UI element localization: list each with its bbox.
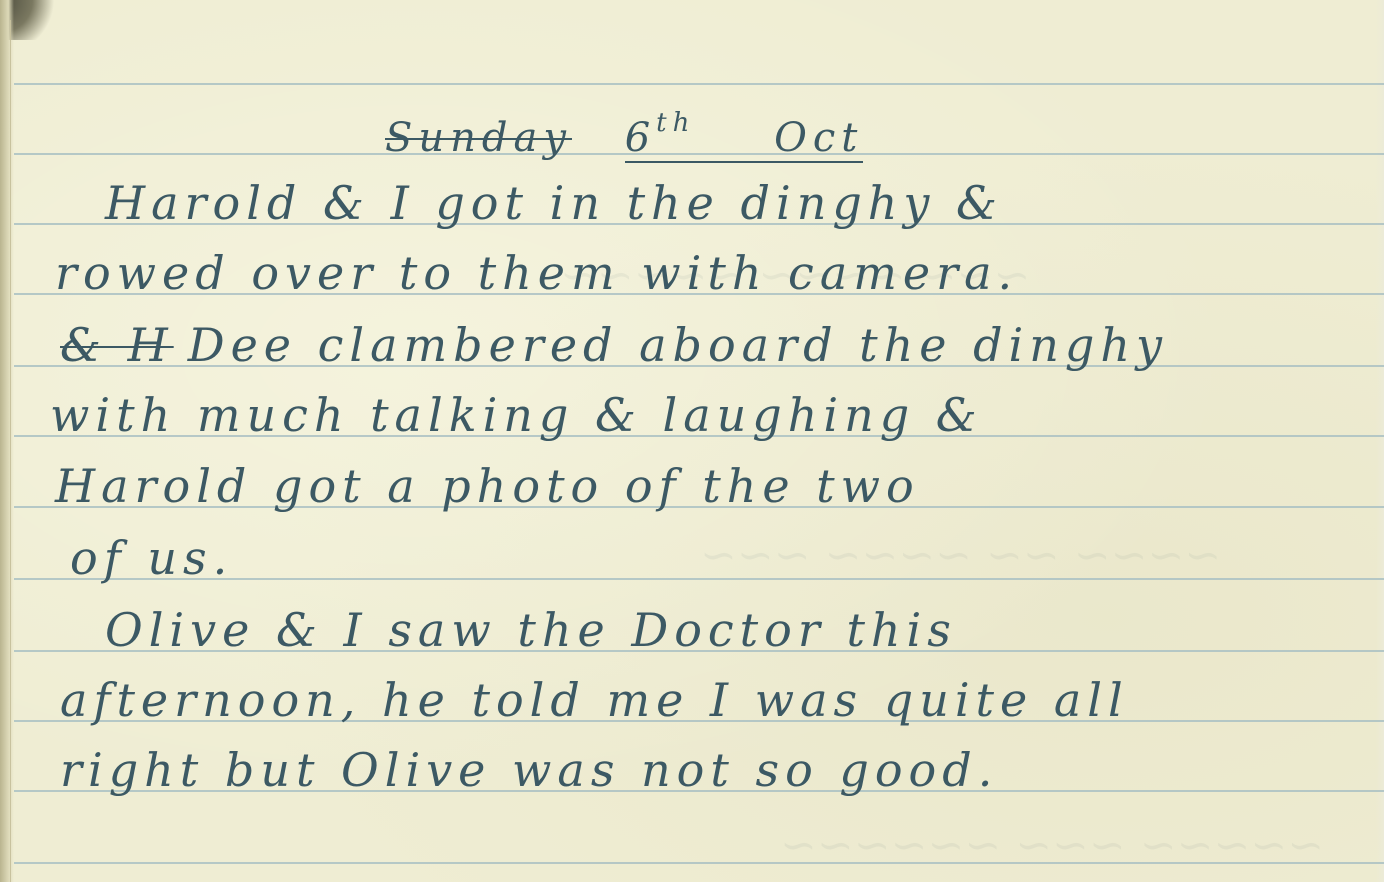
entry-line: rowed over to them with camera. <box>55 250 1018 296</box>
date-month: Oct <box>774 115 863 161</box>
page-right-edge <box>1376 0 1384 882</box>
entry-line: of us. <box>70 535 233 581</box>
page-margin-line <box>10 20 11 882</box>
entry-date-heading: Sunday 6th Oct <box>385 110 863 158</box>
entry-line: afternoon, he told me I was quite all <box>60 677 1129 723</box>
entry-line: with much talking & laughing & <box>50 392 983 438</box>
entry-line: Harold & I got in the dinghy & <box>105 180 1003 226</box>
entry-line-text: Dee clambered aboard the dinghy <box>188 318 1168 372</box>
date-value: 6th Oct <box>625 115 864 163</box>
entry-line: right but Olive was not so good. <box>60 747 998 793</box>
entry-line: Olive & I saw the Doctor this <box>105 607 957 653</box>
date-day: 6 <box>625 115 656 161</box>
page-binding-edge <box>0 0 14 882</box>
entry-line: & HDee clambered aboard the dinghy <box>60 322 1168 368</box>
ruled-line <box>14 83 1384 85</box>
bleed-through-text: ~~~~ ~~ ~~~~ ~~~ <box>700 530 1221 581</box>
entry-line: Harold got a photo of the two <box>55 463 920 509</box>
struck-text: & H <box>60 318 174 372</box>
date-suffix: th <box>656 108 695 138</box>
diary-page: ~~~ ~~~~ ~~~~~ ~~~~ ~~ ~~~~ ~~~ ~~~~~ ~~… <box>0 0 1384 882</box>
bleed-through-text: ~~~~~ ~~~ ~~~~~~ <box>780 820 1324 871</box>
struck-weekday: Sunday <box>385 118 572 158</box>
